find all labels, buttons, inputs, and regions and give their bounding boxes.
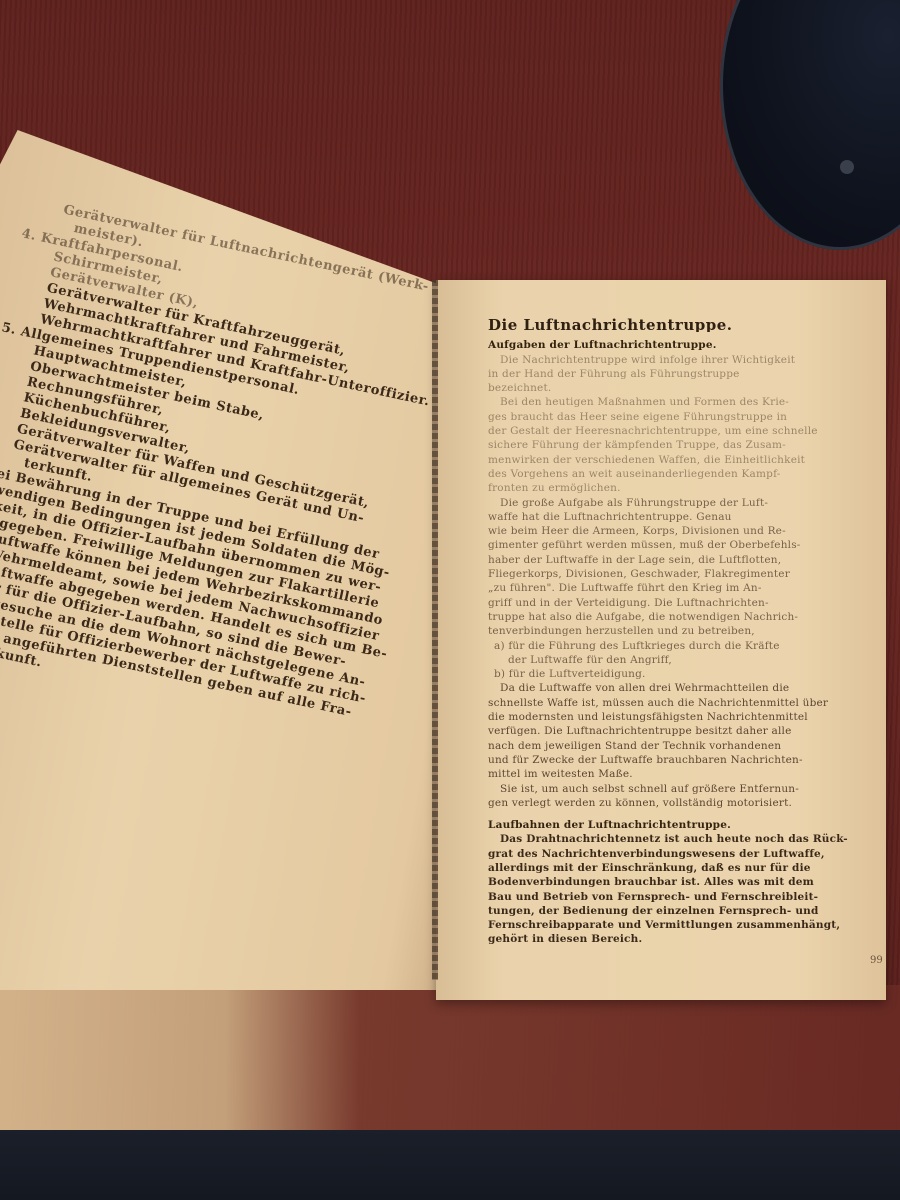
dark-floor-strip	[0, 1130, 900, 1200]
text-line: tungen, der Bedienung der einzelnen Fern…	[488, 904, 868, 918]
text-line: fronten zu ermöglichen.	[488, 481, 868, 495]
text-line: griff und in der Verteidigung. Die Luftn…	[488, 596, 868, 610]
text-line: gimenter geführt werden müssen, muß der …	[488, 538, 868, 552]
text-line: tenverbindungen herzustellen und zu betr…	[488, 624, 868, 638]
text-line: Fernschreibapparate und Vermittlungen zu…	[488, 918, 868, 932]
text-line: in der Hand der Führung als Führungstrup…	[488, 367, 868, 381]
text-line: „zu führen". Die Luftwaffe führt den Kri…	[488, 581, 868, 595]
text-line: mittel im weitesten Maße.	[488, 767, 868, 781]
text-line: ges braucht das Heer seine eigene Führun…	[488, 410, 868, 424]
text-line: Sie ist, um auch selbst schnell auf größ…	[488, 782, 868, 796]
book-lower-edge	[0, 985, 900, 1135]
text-line: Fliegerkorps, Divisionen, Geschwader, Fl…	[488, 567, 868, 581]
right-page-text: Die Luftnachrichtentruppe. Aufgaben der …	[488, 318, 868, 947]
text-line: Das Drahtnachrichtennetz ist auch heute …	[488, 832, 868, 846]
text-line: Bodenverbindungen brauchbar ist. Alles w…	[488, 875, 868, 889]
text-line: und für Zwecke der Luftwaffe brauchbaren…	[488, 753, 868, 767]
section-heading: Laufbahnen der Luftnachrichtentruppe.	[488, 818, 868, 832]
section-heading: Aufgaben der Luftnachrichtentruppe.	[488, 338, 868, 352]
left-page-text: Gerätverwalter für Luftnachrichtengerät …	[0, 195, 451, 738]
text-line: gehört in diesen Bereich.	[488, 932, 868, 946]
list-text: für die Führung des Luftkrieges durch di…	[508, 640, 779, 652]
text-line: nach dem jeweiligen Stand der Technik vo…	[488, 739, 868, 753]
text-line: menwirken der verschiedenen Waffen, die …	[488, 453, 868, 467]
list-text: für die Luftverteidigung.	[509, 668, 646, 680]
text-line: gen verlegt werden zu können, vollständi…	[488, 796, 868, 810]
list-item: a) für die Führung des Luftkrieges durch…	[488, 639, 868, 653]
list-marker: b)	[494, 668, 505, 680]
text-line: sichere Führung der kämpfenden Truppe, d…	[488, 438, 868, 452]
chapter-title: Die Luftnachrichtentruppe.	[488, 318, 868, 332]
text-line: die modernsten und leistungsfähigsten Na…	[488, 710, 868, 724]
text-line: schnellste Waffe ist, müssen auch die Na…	[488, 696, 868, 710]
text-line: Bei den heutigen Maßnahmen und Formen de…	[488, 395, 868, 409]
text-line: haber der Luftwaffe in der Lage sein, di…	[488, 553, 868, 567]
text-line: Da die Luftwaffe von allen drei Wehrmach…	[488, 681, 868, 695]
text-line: grat des Nachrichtenverbindungswesens de…	[488, 847, 868, 861]
text-line: waffe hat die Luftnachrichtentruppe. Gen…	[488, 510, 868, 524]
text-line: Die Nachrichtentruppe wird infolge ihrer…	[488, 353, 868, 367]
text-line: allerdings mit der Einschränkung, daß es…	[488, 861, 868, 875]
object-knob	[840, 160, 854, 174]
list-marker: a)	[494, 640, 505, 652]
book-gutter	[432, 280, 438, 980]
text-line: verfügen. Die Luftnachrichtentruppe besi…	[488, 724, 868, 738]
text-line: bezeichnet.	[488, 381, 868, 395]
page-number: 99	[870, 955, 883, 966]
text-line: wie beim Heer die Armeen, Korps, Divisio…	[488, 524, 868, 538]
text-line: des Vorgehens an weit auseinanderliegend…	[488, 467, 868, 481]
text-line: truppe hat also die Aufgabe, die notwend…	[488, 610, 868, 624]
text-line: Die große Aufgabe als Führungstruppe der…	[488, 496, 868, 510]
text-line: Bau und Betrieb von Fernsprech- und Fern…	[488, 890, 868, 904]
text-line: der Luftwaffe für den Angriff,	[488, 653, 868, 667]
text-line: der Gestalt der Heeresnachrichtentruppe,…	[488, 424, 868, 438]
list-item: b) für die Luftverteidigung.	[488, 667, 868, 681]
